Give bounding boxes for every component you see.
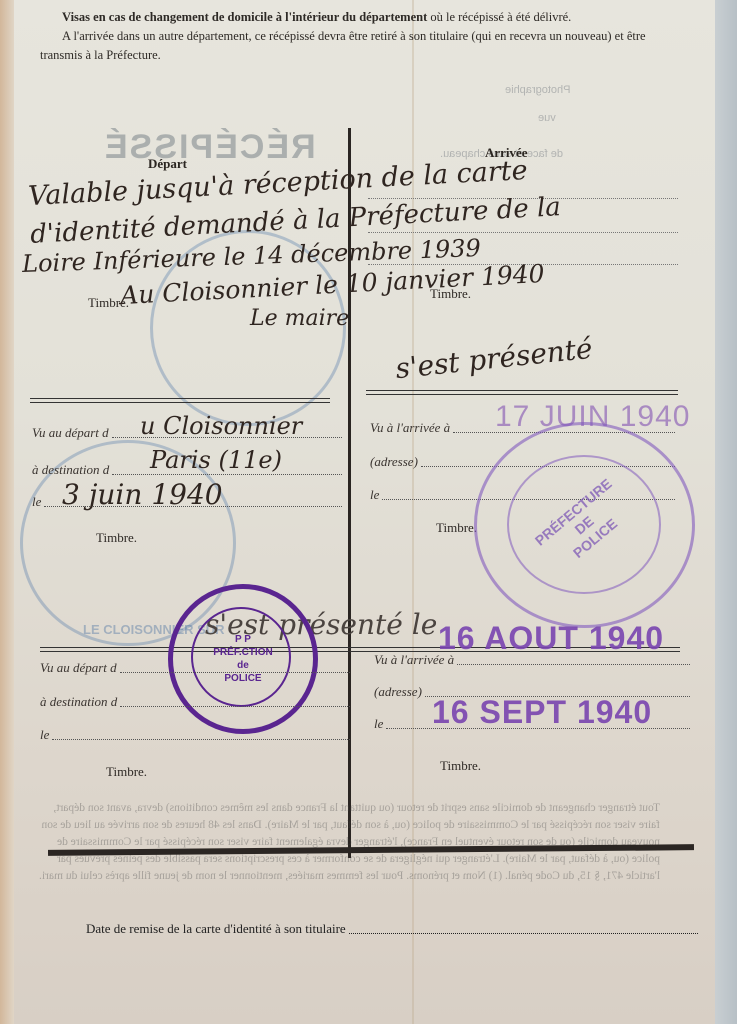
handwriting-depart-value: u Cloisonnier (140, 412, 302, 440)
bleed-through-instructions: Tout étranger changeant de domicile sans… (36, 800, 660, 885)
etrangers-passeports-stamp: P P PRÉF.CTION de POLICE (168, 584, 318, 734)
date-stamp-sept: 16 SEPT 1940 (432, 694, 652, 731)
handwriting-destination-value: Paris (11e) (150, 446, 282, 474)
dotted-line (368, 232, 678, 233)
ghost-photo-sub: vue (538, 112, 556, 124)
header-line1-bold: Visas en cas de changement de domicile à… (62, 10, 427, 24)
timbre-label: Timbre. (436, 520, 477, 536)
section-divider (366, 390, 678, 395)
field-label: Vu à l'arrivée à (374, 652, 454, 668)
section-divider (30, 398, 330, 403)
field-label: (adresse) (374, 684, 422, 700)
field-label: Vu au départ d (40, 660, 117, 676)
field-arrivee: Vu à l'arrivée à (374, 652, 690, 668)
timbre-label: Timbre. (96, 530, 137, 546)
depart-label: Départ (148, 156, 187, 172)
ghost-photo-label: Photographie (505, 84, 570, 96)
field-label: à destination d (32, 462, 109, 478)
remise-field: Date de remise de la carte d'identité à … (86, 921, 698, 937)
field-label: à destination d (40, 694, 117, 710)
timbre-label: Timbre. (106, 764, 147, 780)
paper-edge-left (0, 0, 14, 1024)
field-destination: à destination d (40, 694, 350, 710)
field-depart: Vu au départ d (40, 660, 350, 676)
header-instructions: Visas en cas de changement de domicile à… (40, 8, 680, 65)
timbre-label: Timbre. (440, 758, 481, 774)
handwriting-date-value: 3 juin 1940 (62, 478, 223, 511)
ghost-title-recepisse: RÉCÉPISSÉ (103, 128, 316, 167)
field-label: Vu à l'arrivée à (370, 420, 450, 436)
paper-edge-right (715, 0, 737, 1024)
field-label: le (374, 716, 383, 732)
handwriting-signature: Le maire (250, 306, 349, 331)
police-prefecture-stamp: PRÉFECTURE DE POLICE (474, 422, 695, 628)
field-label: le (40, 727, 49, 743)
field-label: Vu au départ d (32, 425, 109, 441)
field-label: le (32, 494, 41, 510)
header-line2: A l'arrivée dans un autre département, c… (40, 27, 680, 65)
field-label: (adresse) (370, 454, 418, 470)
field-date: le (40, 727, 350, 743)
field-label: le (370, 487, 379, 503)
header-line1-rest: où le récépissé à été délivré. (427, 10, 571, 24)
remise-label: Date de remise de la carte d'identité à … (86, 921, 346, 937)
